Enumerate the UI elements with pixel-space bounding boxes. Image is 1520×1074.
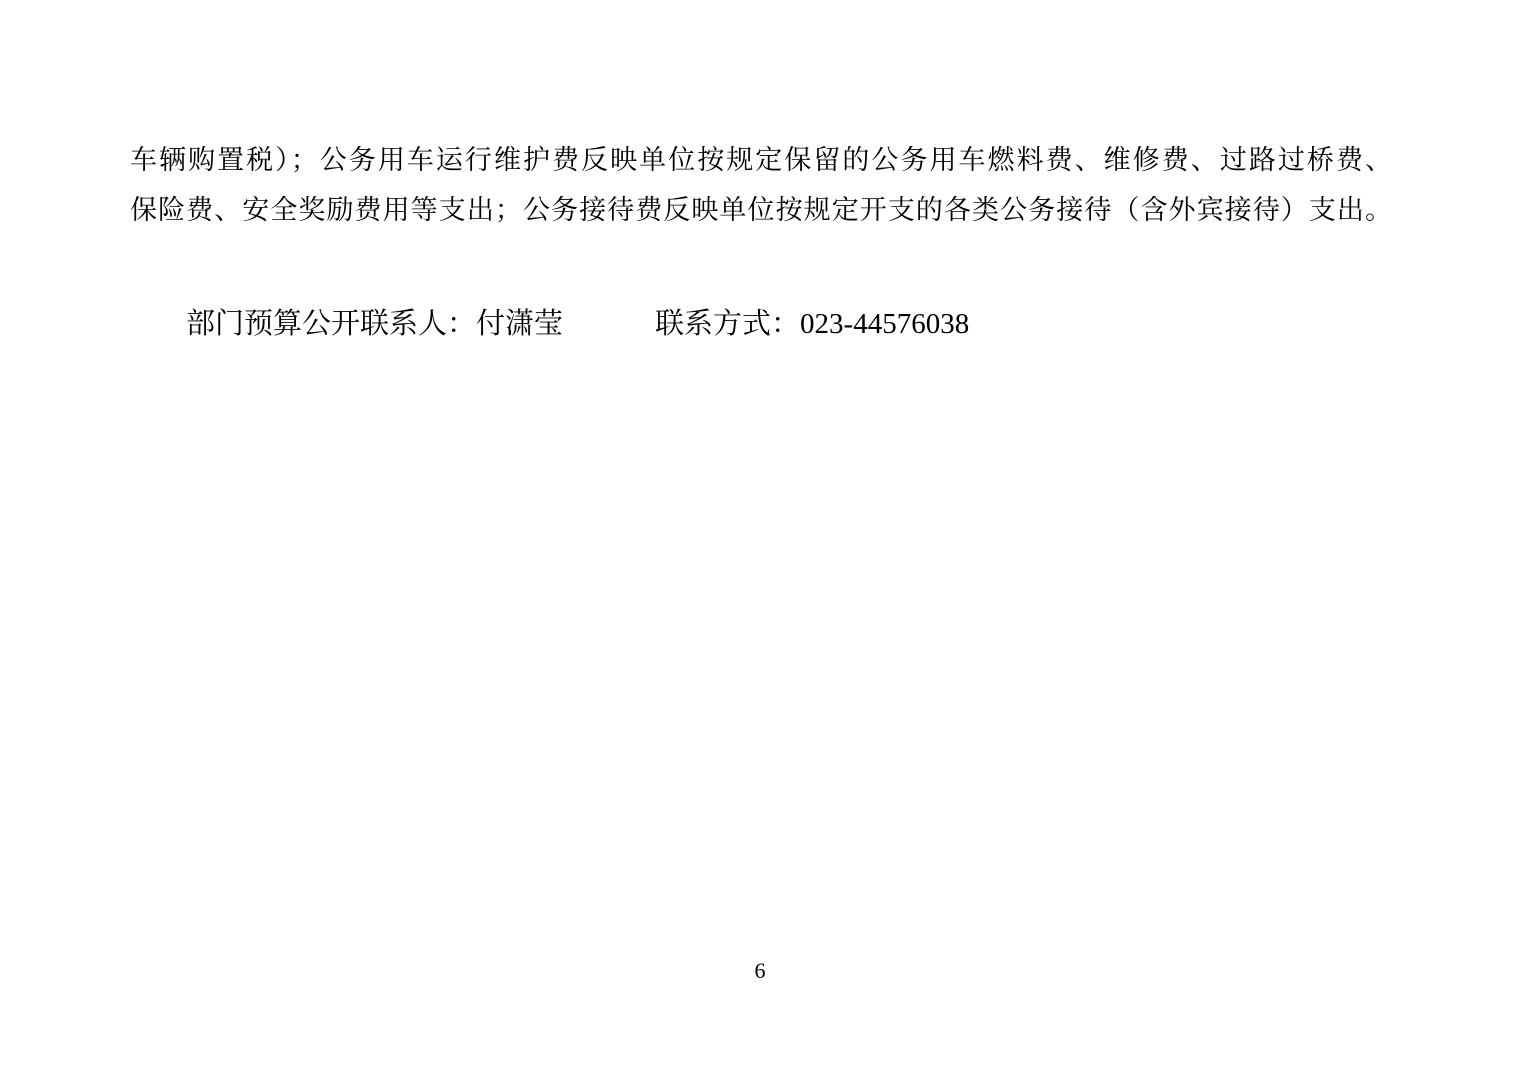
- body-paragraph: 车辆购置税）；公务用车运行维护费反映单位按规定保留的公务用车燃料费、维修费、过路…: [130, 135, 1392, 235]
- paragraph-line-2: 保险费、安全奖励费用等支出；公务接待费反映单位按规定开支的各类公务接待（含外宾接…: [130, 185, 1392, 235]
- contact-line: 部门预算公开联系人：付潇莹联系方式：023-44576038: [186, 299, 969, 349]
- contact-person-name: 付潇莹: [476, 308, 563, 340]
- page-number: 6: [755, 958, 766, 983]
- contact-phone-number: 023-44576038: [800, 308, 969, 340]
- paragraph-line-1: 车辆购置税）；公务用车运行维护费反映单位按规定保留的公务用车燃料费、维修费、过路…: [130, 135, 1392, 185]
- contact-person-label: 部门预算公开联系人：: [186, 308, 476, 340]
- contact-gap-spacer: [563, 332, 655, 333]
- document-page: 车辆购置税）；公务用车运行维护费反映单位按规定保留的公务用车燃料费、维修费、过路…: [0, 0, 1520, 1074]
- page-footer: 6: [0, 956, 1520, 986]
- contact-method-label: 联系方式：: [655, 308, 800, 340]
